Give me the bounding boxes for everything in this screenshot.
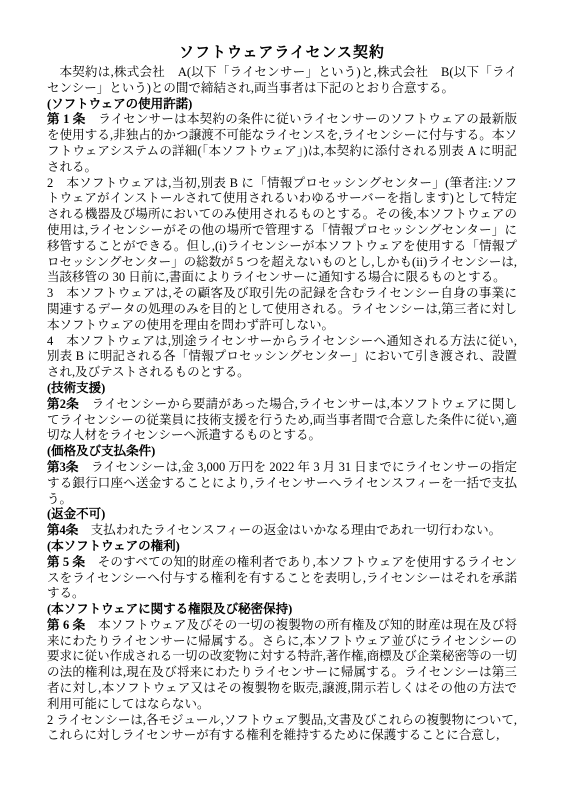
article-2-body: ライセンシーから要請があった場合,ライセンサーは,本ソフトウェアに関してライセン… (47, 397, 517, 443)
article-1-body: ライセンサーは本契約の条件に従いライセンサーのソフトウェアの最新版を使用する,非… (47, 112, 517, 173)
article-5: 第 5 条 そのすべての知的財産の権利者であり,本ソフトウェアを使用するライセン… (47, 555, 517, 602)
document-title: ソフトウェアライセンス契約 (47, 44, 517, 63)
section-heading-software-rights: (本ソフトウェアの権利) (47, 539, 517, 555)
article-6-clause-2: 2 ライセンシーは,各モジュール,ソフトウェア製品,文書及びこれらの複製物につい… (47, 713, 517, 745)
article-3: 第3条 ライセンシーは,金 3,000 万円を 2022 年 3 月 31 日ま… (47, 460, 517, 507)
article-3-body: ライセンシーは,金 3,000 万円を 2022 年 3 月 31 日までにライ… (47, 460, 517, 506)
article-1-clause-2: 2 本ソフトウェアは,当初,別表 B に「情報プロセッシングセンター」(筆者注:… (47, 176, 517, 287)
section-heading-license-grant: (ソフトウェアの使用許諾) (47, 97, 517, 113)
section-heading-price-payment: (価格及び支払条件) (47, 444, 517, 460)
article-6: 第 6 条 本ソフトウェア及びその一切の複製物の所有権及び知的財産は現在及び将来… (47, 618, 517, 713)
article-6-number: 第 6 条 (47, 618, 85, 632)
article-5-number: 第 5 条 (47, 555, 85, 569)
document-page: ソフトウェアライセンス契約 本契約は,株式会社 A(以下「ライセンサー」という)… (0, 0, 563, 800)
article-1: 第 1 条 ライセンサーは本契約の条件に従いライセンサーのソフトウェアの最新版を… (47, 112, 517, 175)
section-heading-authority-confidentiality: (本ソフトウェアに関する権限及び秘密保持) (47, 602, 517, 618)
article-6-body: 本ソフトウェア及びその一切の複製物の所有権及び知的財産は現在及び将来にわたりライ… (47, 618, 517, 711)
intro-paragraph: 本契約は,株式会社 A(以下「ライセンサー」という)と,株式会社 B(以下「ライ… (47, 65, 517, 97)
article-2-number: 第2条 (47, 397, 79, 411)
article-2: 第2条 ライセンシーから要請があった場合,ライセンサーは,本ソフトウェアに関して… (47, 397, 517, 444)
article-4-body: 支払われたライセンスフィーの返金はいかなる理由であれ一切行わない。 (78, 523, 501, 537)
article-1-clause-3: 3 本ソフトウェアは,その顧客及び取引先の記録を含むライセンシー自身の事業に関連… (47, 286, 517, 333)
section-heading-no-refund: (返金不可) (47, 507, 517, 523)
article-5-body: そのすべての知的財産の権利者であり,本ソフトウェアを使用するライセンスをライセン… (47, 555, 517, 601)
article-1-number: 第 1 条 (47, 112, 86, 126)
article-4: 第4条 支払われたライセンスフィーの返金はいかなる理由であれ一切行わない。 (47, 523, 517, 539)
article-4-number: 第4条 (47, 523, 78, 537)
section-heading-technical-support: (技術支援) (47, 381, 517, 397)
article-1-clause-4: 4 本ソフトウェアは,別途ライセンサーからライセンシーへ通知される方法に従い,別… (47, 334, 517, 381)
article-3-number: 第3条 (47, 460, 79, 474)
